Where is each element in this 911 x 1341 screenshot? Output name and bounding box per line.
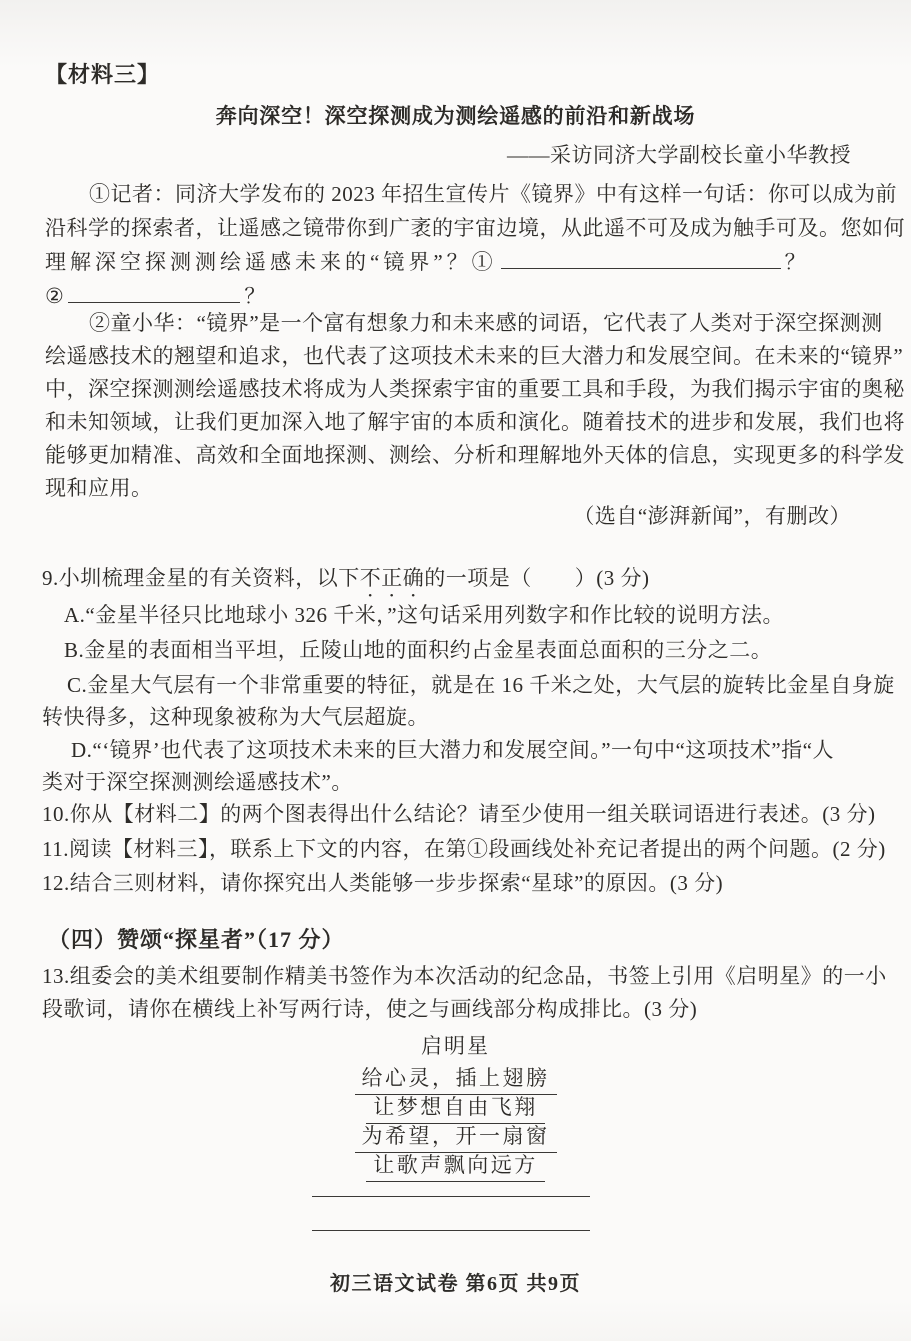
question-10: 10.你从【材料二】的两个图表得出什么结论？请至少使用一组关联词语进行表述。(3… [42,798,875,831]
answer-blank-question2 [68,282,240,303]
para1-line-3-question-mark: ？ [785,250,807,274]
question-12: 12.结合三则材料，请你探究出人类能够一步步探索“星球”的原因。(3 分) [42,867,723,900]
exam-paper-page: 【材料三】 奔向深空！深空探测成为测绘遥感的前沿和新战场 ——采访同济大学副校长… [0,0,911,1341]
section-four-heading: （四）赞颂“探星者”（17 分） [48,923,345,956]
question-9-stem: 9.小圳梳理金星的有关资料，以下不正确的一项是（ ）(3 分) [42,562,650,602]
question-9-option-d-line-2: 类对于深空探测测绘遥感技术”。 [42,766,353,799]
para1-line-4-question-mark: ？ [244,284,266,308]
article-title: 奔向深空！深空探测成为测绘遥感的前沿和新战场 [0,100,911,133]
question-9-option-c-line-1: C.金星大气层有一个非常重要的特征，就是在 16 千米之处，大气层的旋转比金星自… [67,669,895,702]
para1-line-3-text: 理解深空探测测绘遥感未来的“镜界”？① [45,250,497,274]
para2-line-2: 绘遥感技术的翘望和追求，也代表了这项技术未来的巨大潜力和发展空间。在未来的“镜界… [45,340,903,373]
poem-title: 启明星 [0,1030,911,1063]
question-9-option-d-line-1: D.“‘镜界’也代表了这项技术未来的巨大潜力和发展空间。”一句中“这项技术”指“… [71,734,834,767]
question-9-option-a: A.“金星半径只比地球小 326 千米，”这句话采用列数字和作比较的说明方法。 [64,599,784,632]
para2-line-3: 中，深空探测测绘遥感技术将成为人类探索宇宙的重要工具和手段，为我们揭示宇宙的奥秘 [45,373,905,406]
question-9-stem-prefix: 9.小圳梳理金星的有关资料，以下 [42,566,360,590]
answer-rule-2 [312,1230,590,1231]
material-three-label: 【材料三】 [45,58,160,91]
answer-rule-1 [312,1196,590,1197]
para1-line-4-circle2: ② [45,284,64,308]
question-13-line-1: 13.组委会的美术组要制作精美书签作为本次活动的纪念品，书签上引用《启明星》的一… [42,960,887,993]
question-9-stem-emphasized: 不正确 [360,566,425,590]
para1-line-3: 理解深空探测测绘遥感未来的“镜界”？①？ [45,246,806,279]
poem-line-4-text: 让歌声飘向远方 [366,1149,545,1182]
question-11: 11.阅读【材料三】，联系上下文的内容，在第①段画线处补充记者提出的两个问题。(… [42,833,886,866]
para2-line-6: 现和应用。 [45,472,153,505]
question-9-stem-suffix: 的一项是（ ）(3 分) [424,566,649,590]
question-9-option-b: B.金星的表面相当平坦，丘陵山地的面积约占金星表面总面积的三分之二。 [64,634,772,667]
article-source: （选自“澎湃新闻”，有删改） [573,500,851,533]
page-footer: 初三语文试卷 第6页 共9页 [0,1267,911,1296]
question-13-line-2: 段歌词，请你在横线上补写两行诗，使之与画线部分构成排比。(3 分) [42,993,697,1026]
question-9-option-c-line-2: 转快得多，这种现象被称为大气层超旋。 [42,701,429,734]
para2-line-5: 能够更加精准、高效和全面地探测、测绘、分析和理解地外天体的信息，实现更多的科学发 [45,439,905,472]
para2-line-1: ②童小华：“镜界”是一个富有想象力和未来感的词语，它代表了人类对于深空探测测 [45,307,883,340]
para2-line-4: 和未知领域，让我们更加深入地了解宇宙的本质和演化。随着技术的进步和发展，我们也将 [45,406,905,439]
article-byline: ——采访同济大学副校长童小华教授 [507,139,851,172]
para1-line-1: ①记者：同济大学发布的 2023 年招生宣传片《镜界》中有这样一句话：你可以成为… [45,178,897,211]
poem-line-4: 让歌声飘向远方 [0,1149,911,1182]
answer-blank-question1 [501,248,781,269]
para1-line-2: 沿科学的探索者，让遥感之镜带你到广袤的宇宙边境，从此遥不可及成为触手可及。您如何 [45,212,905,245]
